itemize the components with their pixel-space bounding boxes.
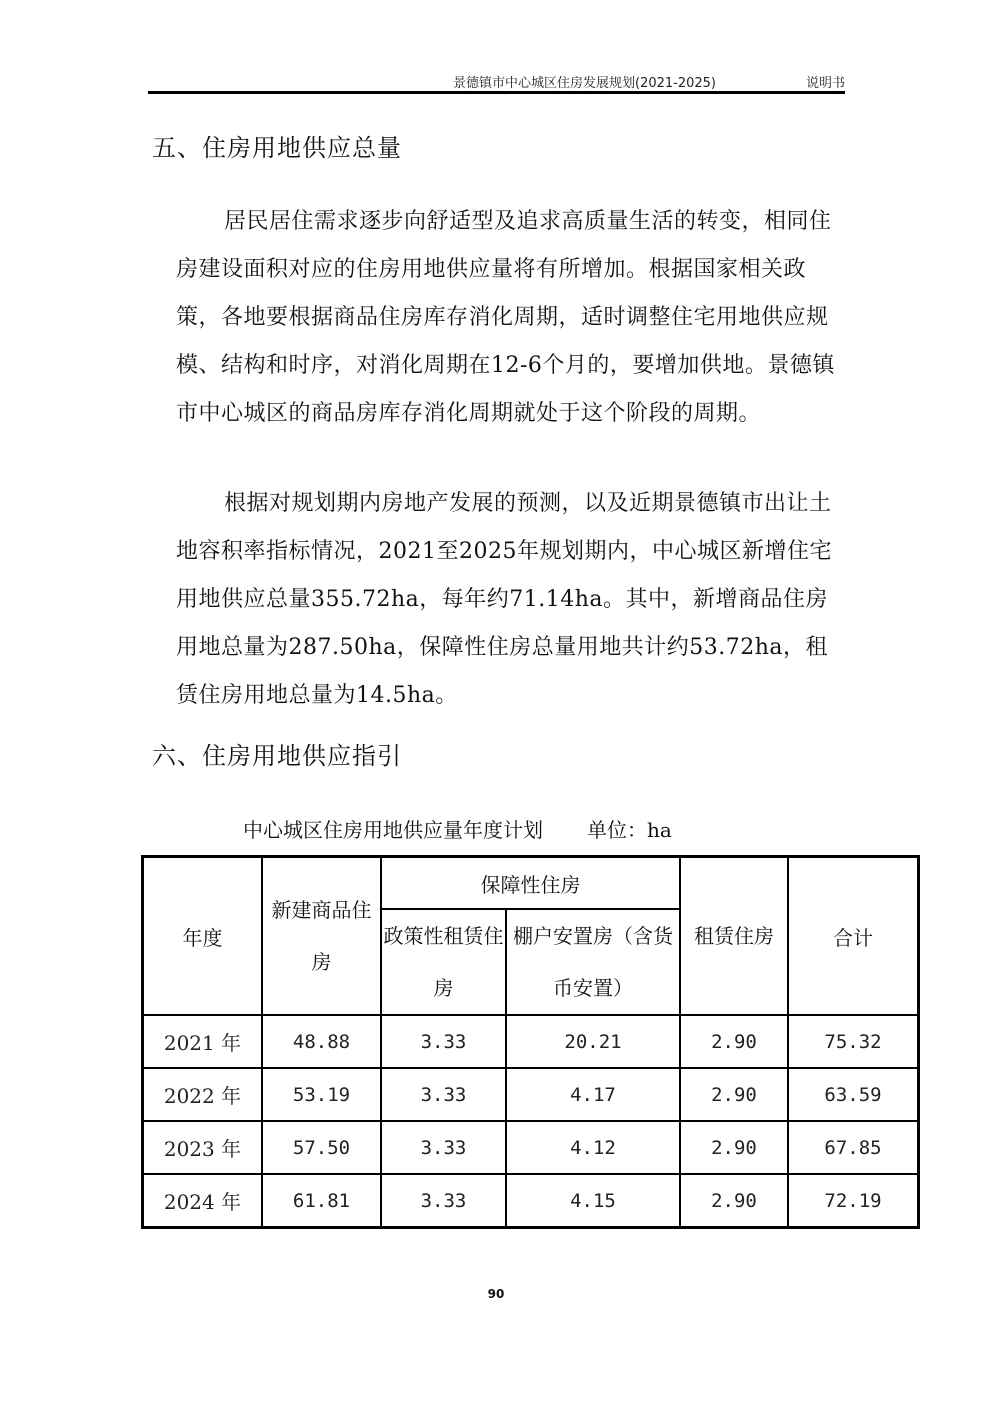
header-total: 合计 (788, 857, 919, 1016)
table-unit: 单位：ha (587, 818, 672, 842)
cell-policy-rental: 3.33 (381, 1015, 506, 1068)
cell-commercial: 61.81 (262, 1174, 381, 1228)
header-rental: 租赁住房 (680, 857, 788, 1016)
cell-rental: 2.90 (680, 1174, 788, 1228)
cell-total: 63.59 (788, 1068, 919, 1121)
table-caption-title: 中心城区住房用地供应量年度计划 (243, 818, 543, 842)
table-caption: 中心城区住房用地供应量年度计划单位：ha (243, 814, 672, 843)
header-rule (148, 91, 845, 94)
cell-shantytown: 20.21 (506, 1015, 680, 1068)
header-commercial: 新建商品住房 (262, 857, 381, 1016)
cell-rental: 2.90 (680, 1121, 788, 1174)
cell-commercial: 53.19 (262, 1068, 381, 1121)
cell-shantytown: 4.15 (506, 1174, 680, 1228)
header-policy-rental: 政策性租赁住房 (381, 909, 506, 1015)
cell-year: 2023 年 (143, 1121, 263, 1174)
table-row: 2022 年 53.19 3.33 4.17 2.90 63.59 (143, 1068, 919, 1121)
cell-rental: 2.90 (680, 1015, 788, 1068)
cell-year: 2022 年 (143, 1068, 263, 1121)
page-number: 90 (0, 1287, 992, 1301)
table-row: 2024 年 61.81 3.33 4.15 2.90 72.19 (143, 1174, 919, 1228)
header-year: 年度 (143, 857, 263, 1016)
header-title: 景德镇市中心城区住房发展规划(2021-2025) (453, 72, 716, 91)
cell-commercial: 57.50 (262, 1121, 381, 1174)
cell-rental: 2.90 (680, 1068, 788, 1121)
table-row: 2023 年 57.50 3.33 4.12 2.90 67.85 (143, 1121, 919, 1174)
page-header: 景德镇市中心城区住房发展规划(2021-2025) 说明书 (148, 70, 845, 92)
header-affordable-group: 保障性住房 (381, 857, 680, 910)
cell-shantytown: 4.12 (506, 1121, 680, 1174)
header-shantytown: 棚户安置房（含货币安置） (506, 909, 680, 1015)
paragraph-1-text: 居民居住需求逐步向舒适型及追求高质量生活的转变，相同住房建设面积对应的住房用地供… (176, 209, 835, 426)
cell-commercial: 48.88 (262, 1015, 381, 1068)
cell-year: 2021 年 (143, 1015, 263, 1068)
cell-shantytown: 4.17 (506, 1068, 680, 1121)
cell-total: 75.32 (788, 1015, 919, 1068)
paragraph-2: 根据对规划期内房地产发展的预测，以及近期景德镇市出让土地容积率指标情况，2021… (176, 480, 836, 720)
cell-policy-rental: 3.33 (381, 1121, 506, 1174)
section-heading-6: 六、住房用地供应指引 (152, 736, 402, 771)
header-doc-type: 说明书 (806, 72, 845, 91)
section-heading-5: 五、住房用地供应总量 (152, 128, 402, 163)
paragraph-1: 居民居住需求逐步向舒适型及追求高质量生活的转变，相同住房建设面积对应的住房用地供… (176, 198, 836, 438)
cell-policy-rental: 3.33 (381, 1174, 506, 1228)
cell-year: 2024 年 (143, 1174, 263, 1228)
land-supply-table: 年度 新建商品住房 保障性住房 租赁住房 合计 政策性租赁住房 棚户安置房（含货… (141, 855, 920, 1229)
cell-total: 67.85 (788, 1121, 919, 1174)
cell-policy-rental: 3.33 (381, 1068, 506, 1121)
paragraph-2-text: 根据对规划期内房地产发展的预测，以及近期景德镇市出让土地容积率指标情况，2021… (176, 491, 832, 708)
table-row: 2021 年 48.88 3.33 20.21 2.90 75.32 (143, 1015, 919, 1068)
cell-total: 72.19 (788, 1174, 919, 1228)
